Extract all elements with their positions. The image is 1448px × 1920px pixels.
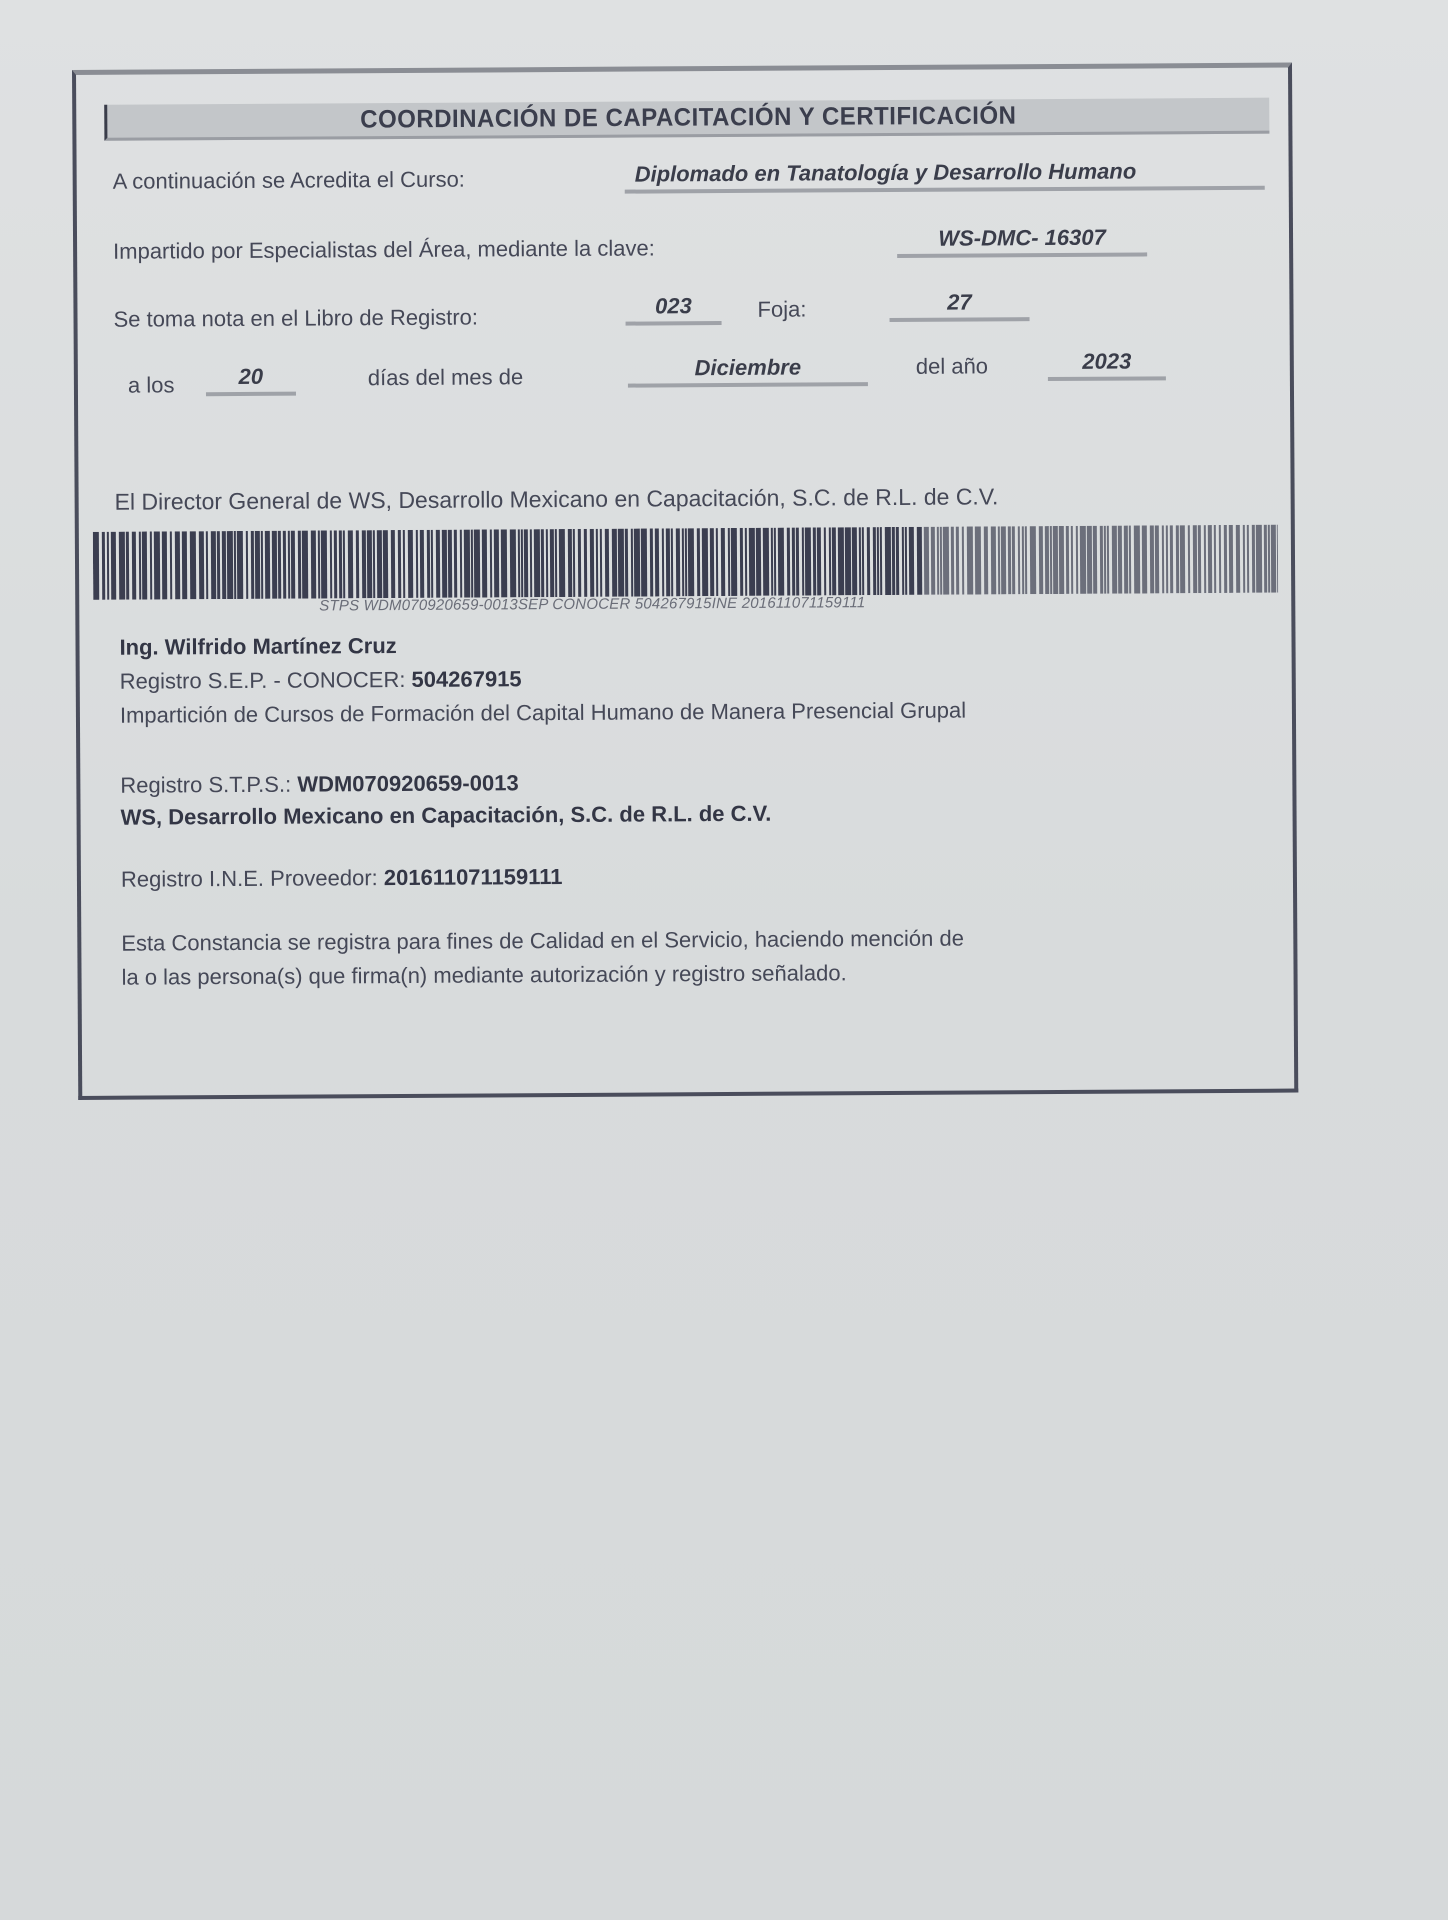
date-month: Diciembre <box>628 354 868 387</box>
stps-label: Registro S.T.P.S.: <box>120 772 297 798</box>
key-value: WS-DMC- 16307 <box>897 224 1147 258</box>
key-label: Impartido por Especialistas del Área, me… <box>113 235 655 264</box>
barcode-caption: STPS WDM070920659-0013SEP CONOCER 504267… <box>319 594 865 614</box>
sep-registration: Registro S.E.P. - CONOCER: 504267915 <box>120 666 522 694</box>
stps-value: WDM070920659-0013 <box>297 770 519 796</box>
course-label: A continuación se Acredita el Curso: <box>113 167 465 195</box>
photographed-paper: COORDINACIÓN DE CAPACITACIÓN Y CERTIFICA… <box>0 0 1448 1920</box>
header-band: COORDINACIÓN DE CAPACITACIÓN Y CERTIFICA… <box>104 98 1269 141</box>
barcode-graphic <box>93 525 1278 600</box>
header-title: COORDINACIÓN DE CAPACITACIÓN Y CERTIFICA… <box>360 101 1016 134</box>
date-year: 2023 <box>1048 348 1166 381</box>
barcode <box>93 525 1278 600</box>
director-line: El Director General de WS, Desarrollo Me… <box>115 483 999 515</box>
footer-note-line2: la o las persona(s) que firma(n) mediant… <box>121 960 846 990</box>
ine-label: Registro I.N.E. Proveedor: <box>121 865 384 892</box>
ine-value: 201611071159111 <box>384 864 563 890</box>
sep-value: 504267915 <box>411 666 521 692</box>
foja-value: 27 <box>889 289 1029 322</box>
course-value: Diplomado en Tanatología y Desarrollo Hu… <box>625 158 1265 194</box>
footer-note-line1: Esta Constancia se registra para fines d… <box>121 926 964 957</box>
date-middle-label: días del mes de <box>368 364 523 391</box>
date-prefix: a los <box>128 372 175 398</box>
stps-company: WS, Desarrollo Mexicano en Capacitación,… <box>120 801 771 831</box>
ine-registration: Registro I.N.E. Proveedor: 2016110711591… <box>121 864 563 893</box>
signatory-name: Ing. Wilfrido Martínez Cruz <box>119 633 396 661</box>
date-day: 20 <box>206 364 296 397</box>
registry-label: Se toma nota en el Libro de Registro: <box>113 305 478 333</box>
stps-registration: Registro S.T.P.S.: WDM070920659-0013 <box>120 770 518 798</box>
sep-label: Registro S.E.P. - CONOCER: <box>120 667 412 694</box>
registry-book-value: 023 <box>625 293 721 326</box>
signatory-description: Impartición de Cursos de Formación del C… <box>120 698 966 729</box>
foja-label: Foja: <box>757 297 806 323</box>
year-label: del año <box>916 353 988 379</box>
certificate-card: COORDINACIÓN DE CAPACITACIÓN Y CERTIFICA… <box>72 63 1298 1100</box>
